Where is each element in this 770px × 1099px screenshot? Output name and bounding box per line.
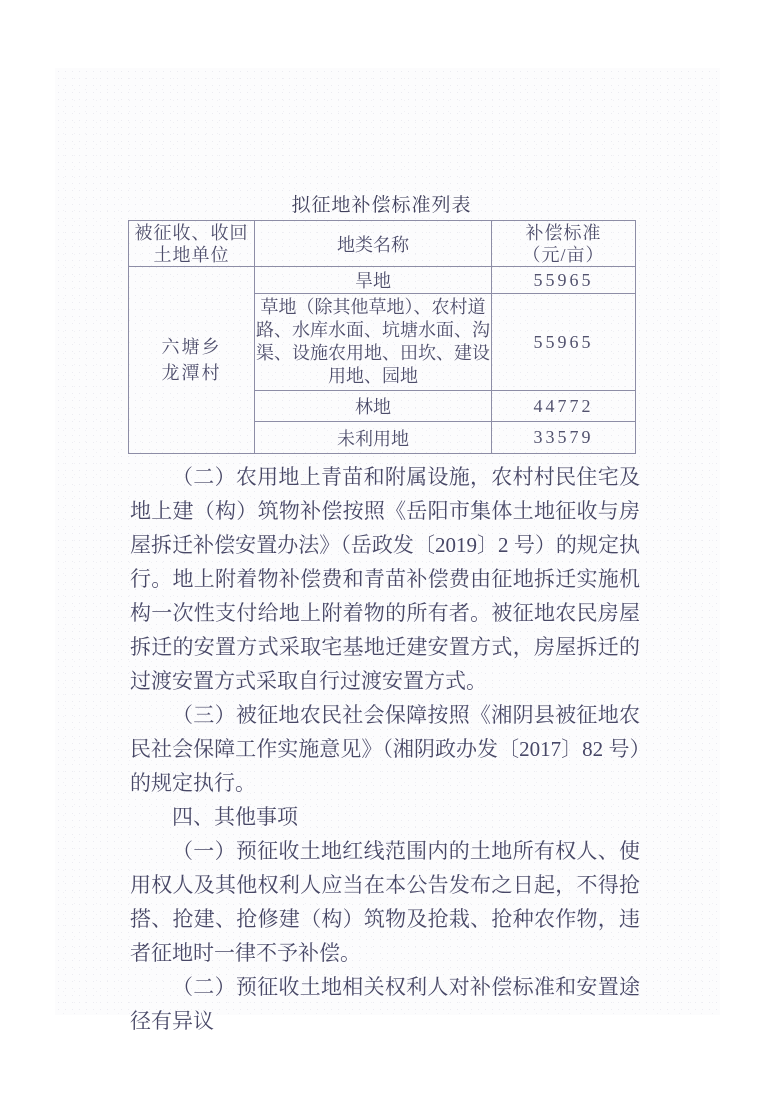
scanned-page-canvas: 拟征地补偿标准列表 被征收、收回 土地单位 地类名称 补偿标准 （元/亩）	[0, 0, 770, 1099]
land-type-cell: 未利用地	[255, 422, 492, 454]
header-unit-line2: 土地单位	[129, 244, 254, 266]
unit-village: 龙潭村	[129, 360, 254, 386]
notice-body-text: （二）农用地上青苗和附属设施，农村村民住宅及地上建（构）筑物补偿按照《岳阳市集体…	[130, 460, 640, 1038]
table-title: 拟征地补偿标准列表	[128, 190, 635, 217]
paragraph-objection-rights: （二）预征收土地相关权利人对补偿标准和安置途径有异议	[130, 970, 640, 1038]
unit-township: 六塘乡	[129, 334, 254, 360]
table-row: 六塘乡 龙潭村 旱地 55965	[129, 267, 636, 294]
paragraph-building-compensation: （二）农用地上青苗和附属设施，农村村民住宅及地上建（构）筑物补偿按照《岳阳市集体…	[130, 460, 640, 698]
paragraph-social-security: （三）被征地农民社会保障按照《湘阴县被征地农民社会保障工作实施意见》（湘阴政办发…	[130, 698, 640, 800]
scanned-paper-area: 拟征地补偿标准列表 被征收、收回 土地单位 地类名称 补偿标准 （元/亩）	[55, 68, 720, 1015]
header-unit-line1: 被征收、收回	[129, 222, 254, 244]
header-standard-line1: 补偿标准	[492, 222, 635, 244]
land-type-cell: 旱地	[255, 267, 492, 294]
standard-cell: 33579	[492, 422, 636, 454]
header-land-type-column: 地类名称	[255, 221, 492, 267]
header-standard-line2: （元/亩）	[492, 244, 635, 266]
header-standard-column: 补偿标准 （元/亩）	[492, 221, 636, 267]
table-header-row: 被征收、收回 土地单位 地类名称 补偿标准 （元/亩）	[129, 221, 636, 267]
land-type-cell: 林地	[255, 391, 492, 422]
compensation-standard-table: 被征收、收回 土地单位 地类名称 补偿标准 （元/亩） 六塘乡 龙潭村 旱地	[128, 220, 636, 454]
header-unit-column: 被征收、收回 土地单位	[129, 221, 255, 267]
standard-cell: 44772	[492, 391, 636, 422]
standard-cell: 55965	[492, 294, 636, 391]
paragraph-no-rush-construction: （一）预征收土地红线范围内的土地所有权人、使用权人及其他权利人应当在本公告发布之…	[130, 834, 640, 970]
section-heading-other-matters: 四、其他事项	[130, 800, 640, 834]
unit-cell: 六塘乡 龙潭村	[129, 267, 255, 454]
land-type-cell: 草地（除其他草地）、农村道路、水库水面、坑塘水面、沟渠、设施农用地、田坎、建设用…	[255, 294, 492, 391]
standard-cell: 55965	[492, 267, 636, 294]
